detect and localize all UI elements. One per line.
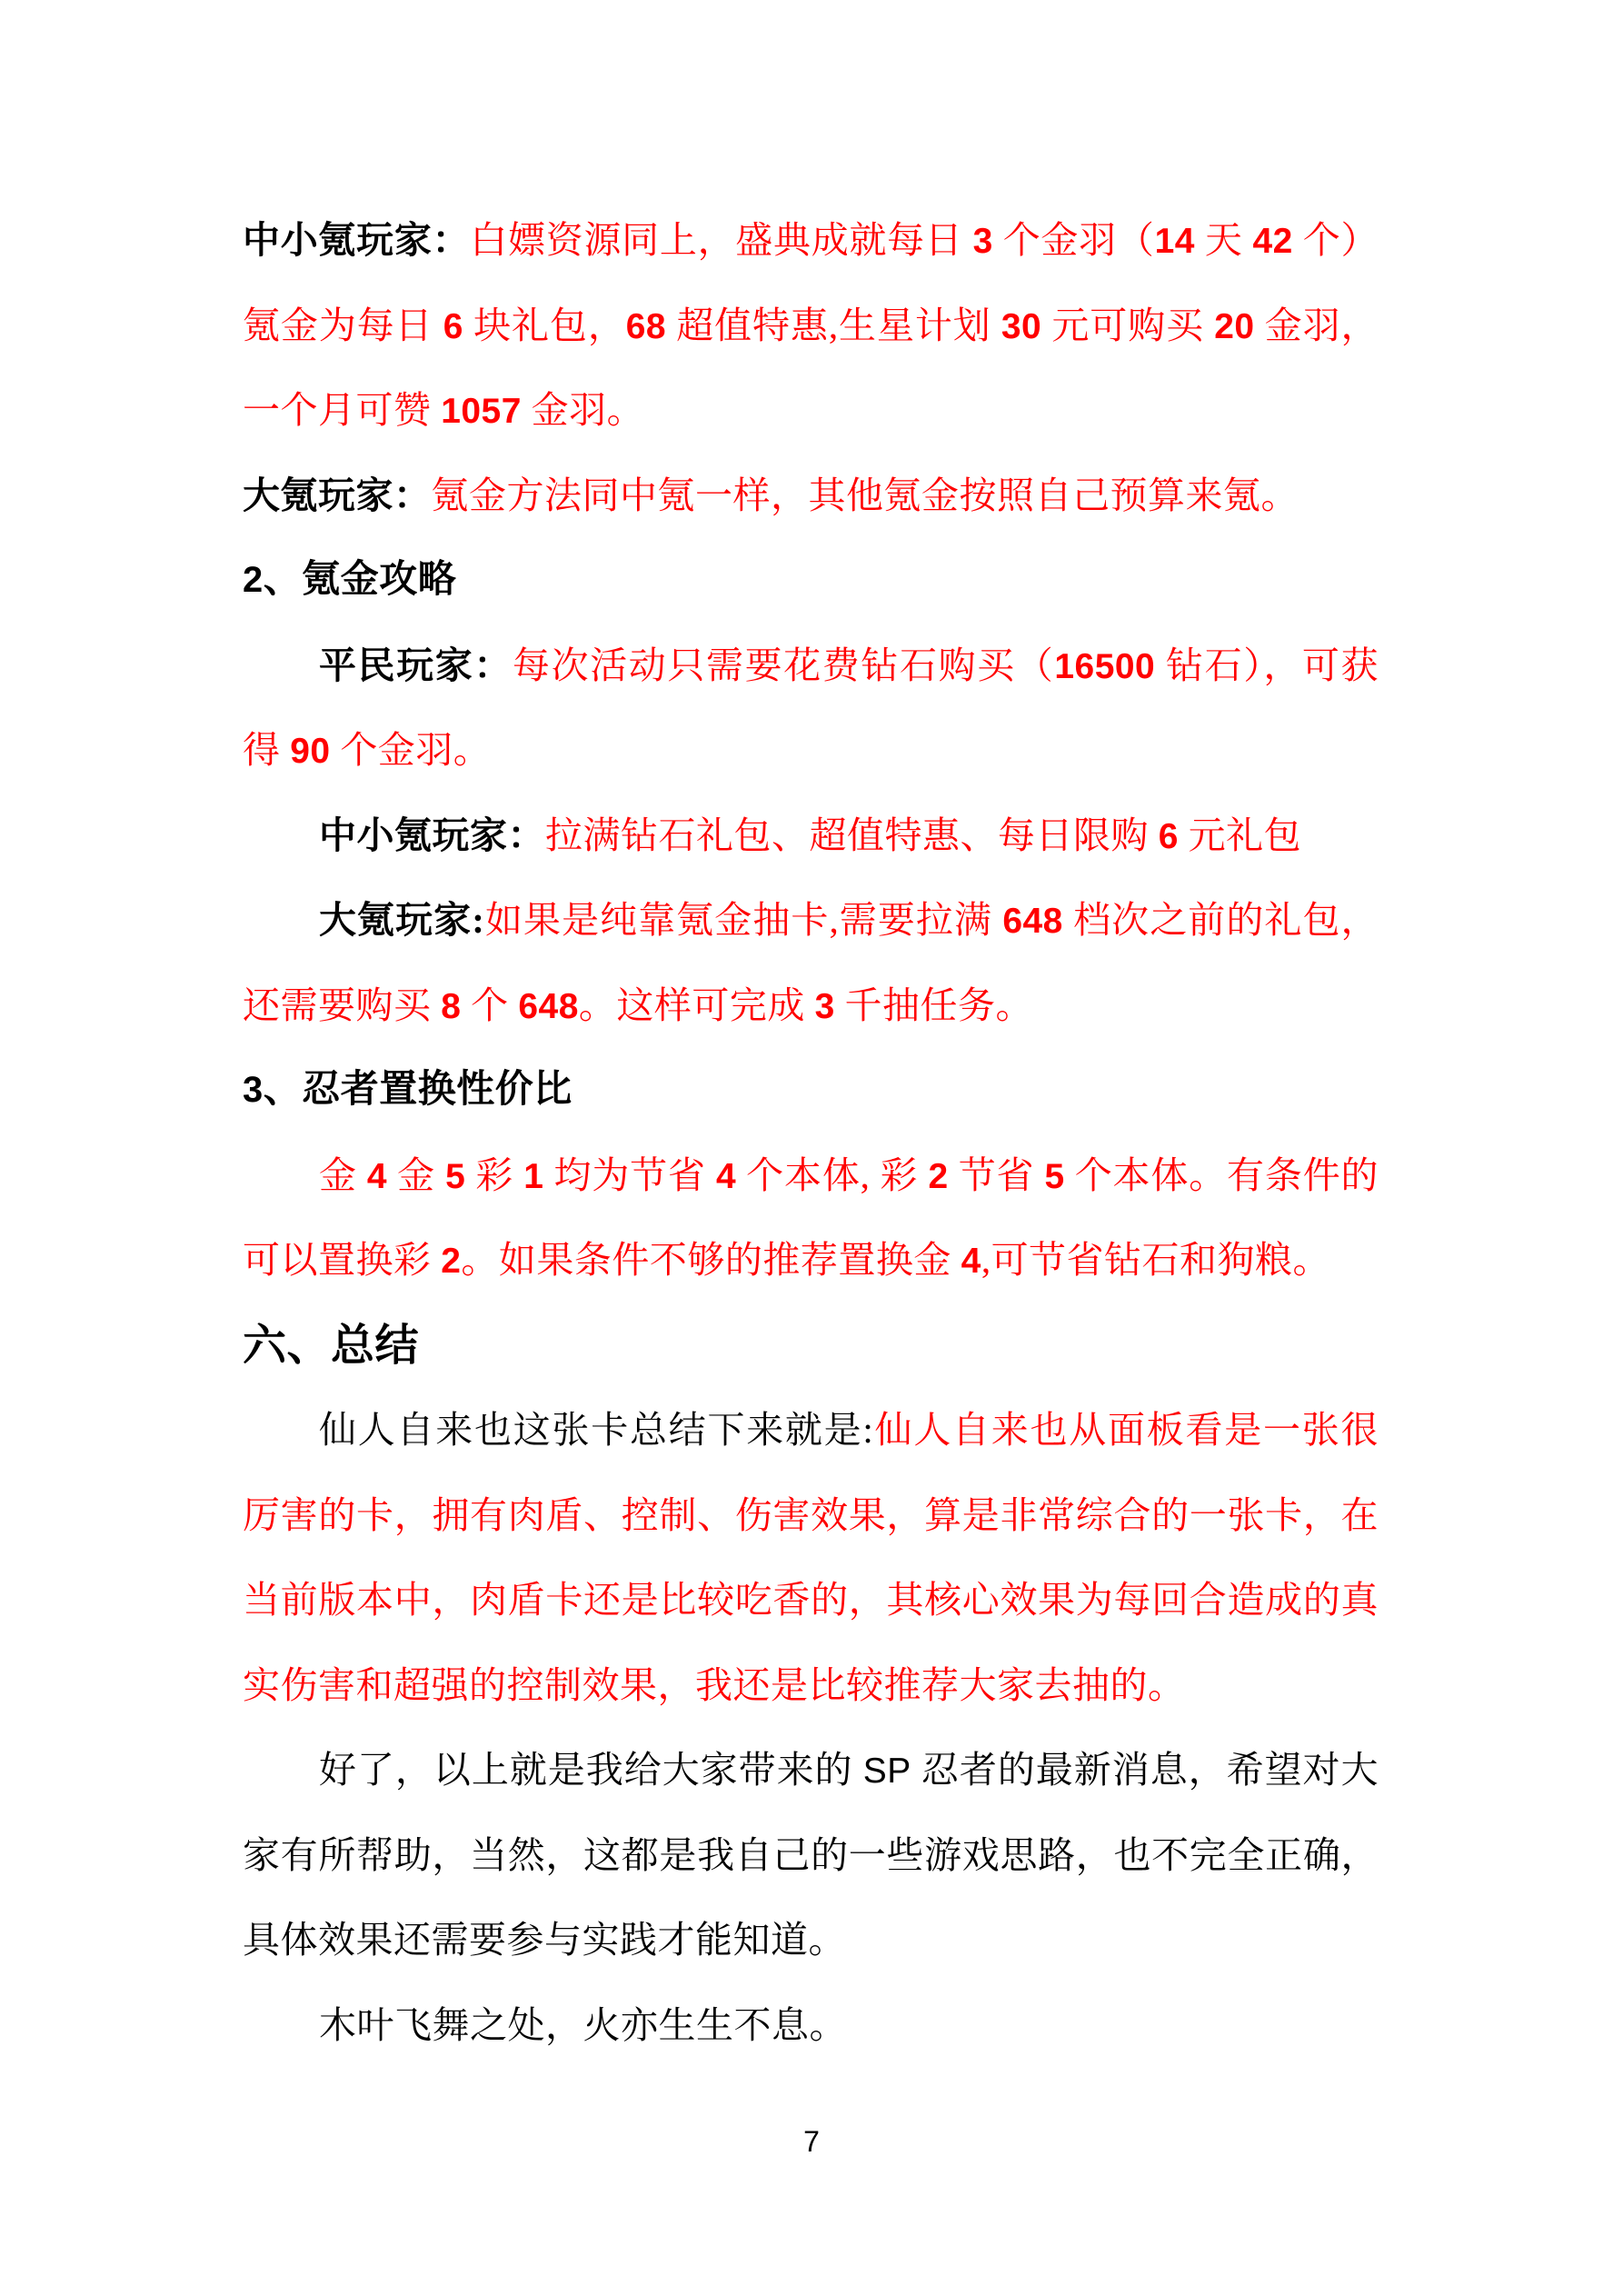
text-line: 当前版本中，肉盾卡还是比较吃香的，其核心效果为每回合造成的真 <box>243 1558 1379 1643</box>
page-number: 7 <box>0 2123 1623 2160</box>
text-line: 平民玩家：每次活动只需要花费钻石购买（16500 钻石），可获 <box>243 624 1379 709</box>
text-segment: 平民玩家： <box>319 644 513 686</box>
text-line: 实伤害和超强的控制效果，我还是比较推荐大家去抽的。 <box>243 1643 1379 1729</box>
latin-text: 30 <box>1001 307 1041 346</box>
text-segment: 大氪玩家： <box>243 474 432 516</box>
heading-line: 2、氪金攻略 <box>243 538 1379 624</box>
latin-text: 3 <box>973 222 993 261</box>
text-segment: 氪金为每日 6 块礼包，68 超值特惠,生星计划 30 元可购买 20 金羽， <box>243 304 1379 346</box>
text-line: 中小氪玩家：白嫖资源同上，盛典成就每日 3 个金羽（14 天 42 个） <box>243 198 1379 284</box>
heading-line: 六、总结 <box>243 1303 1379 1389</box>
text-line: 中小氪玩家：拉满钻石礼包、超值特惠、每日限购 6 元礼包 <box>243 794 1379 879</box>
text-segment: 拉满钻石礼包、超值特惠、每日限购 6 元礼包 <box>545 814 1301 856</box>
latin-text: 68 <box>626 307 666 346</box>
latin-text: 648 <box>518 987 578 1026</box>
text-segment: 大氪玩家: <box>319 899 484 941</box>
text-segment: 得 90 个金羽。 <box>243 729 491 771</box>
latin-text: 42 <box>1253 222 1293 261</box>
text-line: 好了，以上就是我给大家带来的 SP 忍者的最新消息，希望对大 <box>243 1728 1379 1813</box>
latin-text: 4 <box>367 1157 387 1196</box>
latin-text: 16500 <box>1054 647 1155 686</box>
latin-text: 14 <box>1155 222 1195 261</box>
text-segment: 中小氪玩家： <box>243 219 470 261</box>
latin-text: 6 <box>1159 817 1179 856</box>
latin-text: 2 <box>243 560 264 600</box>
text-line: 大氪玩家:如果是纯靠氪金抽卡,需要拉满 648 档次之前的礼包， <box>243 878 1379 963</box>
latin-text: 3 <box>243 1070 264 1110</box>
latin-text: 1057 <box>441 392 522 431</box>
document-page: 中小氪玩家：白嫖资源同上，盛典成就每日 3 个金羽（14 天 42 个）氪金为每… <box>0 0 1623 2296</box>
text-segment: 一个月可赞 1057 金羽。 <box>243 389 644 431</box>
text-segment: 实伤害和超强的控制效果，我还是比较推荐大家去抽的。 <box>243 1664 1186 1706</box>
latin-text: 8 <box>441 987 461 1026</box>
text-segment: 白嫖资源同上，盛典成就每日 3 个金羽（14 天 42 个） <box>470 219 1379 261</box>
text-segment: 当前版本中，肉盾卡还是比较吃香的，其核心效果为每回合造成的真 <box>243 1579 1379 1621</box>
text-segment: 可以置换彩 2。如果条件不够的推荐置换金 4,可节省钻石和狗粮。 <box>243 1239 1330 1281</box>
text-segment: 家有所帮助，当然，这都是我自己的一些游戏思路，也不完全正确， <box>243 1834 1379 1876</box>
latin-text: 4 <box>961 1242 981 1281</box>
text-line: 一个月可赞 1057 金羽。 <box>243 368 1379 454</box>
latin-text: 3 <box>815 987 835 1026</box>
text-segment: 厉害的卡，拥有肉盾、控制、伤害效果，算是非常综合的一张卡，在 <box>243 1494 1379 1536</box>
latin-text: 648 <box>1002 902 1062 941</box>
text-segment: 氪金方法同中氪一样，其他氪金按照自己预算来氪。 <box>432 474 1299 516</box>
latin-text: 5 <box>445 1157 465 1196</box>
latin-text: 20 <box>1214 307 1254 346</box>
latin-text: 2 <box>928 1157 948 1196</box>
text-segment: 六、总结 <box>243 1322 419 1370</box>
latin-text: 1 <box>523 1157 543 1196</box>
latin-text: 5 <box>1044 1157 1064 1196</box>
document-body: 中小氪玩家：白嫖资源同上，盛典成就每日 3 个金羽（14 天 42 个）氪金为每… <box>243 198 1379 2068</box>
text-segment: 中小氪玩家： <box>319 814 545 856</box>
text-segment: 还需要购买 8 个 648。这样可完成 3 千抽任务。 <box>243 984 1033 1026</box>
latin-text: 90 <box>290 732 330 771</box>
latin-text: 2 <box>441 1242 461 1281</box>
text-line: 大氪玩家：氪金方法同中氪一样，其他氪金按照自己预算来氪。 <box>243 454 1379 539</box>
text-segment: 好了，以上就是我给大家带来的 SP 忍者的最新消息，希望对大 <box>319 1749 1379 1791</box>
latin-text: 4 <box>716 1157 736 1196</box>
text-segment: 如果是纯靠氪金抽卡,需要拉满 648 档次之前的礼包， <box>484 899 1379 941</box>
text-line: 氪金为每日 6 块礼包，68 超值特惠,生星计划 30 元可购买 20 金羽， <box>243 284 1379 369</box>
text-line: 仙人自来也这张卡总结下来就是:仙人自来也从面板看是一张很 <box>243 1388 1379 1473</box>
latin-text: 6 <box>443 307 463 346</box>
text-line: 可以置换彩 2。如果条件不够的推荐置换金 4,可节省钻石和狗粮。 <box>243 1218 1379 1303</box>
text-segment: 木叶飞舞之处，火亦生生不息。 <box>319 2004 847 2046</box>
text-line: 得 90 个金羽。 <box>243 708 1379 794</box>
heading-line: 3、忍者置换性价比 <box>243 1048 1379 1133</box>
text-segment: 仙人自来也这张卡总结下来就是: <box>319 1409 873 1451</box>
text-line: 具体效果还需要参与实践才能知道。 <box>243 1898 1379 1983</box>
text-segment: 具体效果还需要参与实践才能知道。 <box>243 1919 846 1961</box>
text-segment: 3、忍者置换性价比 <box>243 1069 573 1111</box>
text-line: 木叶飞舞之处，火亦生生不息。 <box>243 1983 1379 2069</box>
text-segment: 2、氪金攻略 <box>243 559 456 601</box>
text-line: 金 4 金 5 彩 1 均为节省 4 个本体, 彩 2 节省 5 个本体。有条件… <box>243 1133 1379 1219</box>
latin-text: SP <box>863 1752 911 1791</box>
text-line: 家有所帮助，当然，这都是我自己的一些游戏思路，也不完全正确， <box>243 1813 1379 1899</box>
text-line: 还需要购买 8 个 648。这样可完成 3 千抽任务。 <box>243 963 1379 1049</box>
text-line: 厉害的卡，拥有肉盾、控制、伤害效果，算是非常综合的一张卡，在 <box>243 1473 1379 1559</box>
text-segment: 金 4 金 5 彩 1 均为节省 4 个本体, 彩 2 节省 5 个本体。有条件… <box>319 1154 1379 1196</box>
text-segment: 每次活动只需要花费钻石购买（16500 钻石），可获 <box>513 644 1379 686</box>
text-segment: 仙人自来也从面板看是一张很 <box>873 1409 1379 1451</box>
